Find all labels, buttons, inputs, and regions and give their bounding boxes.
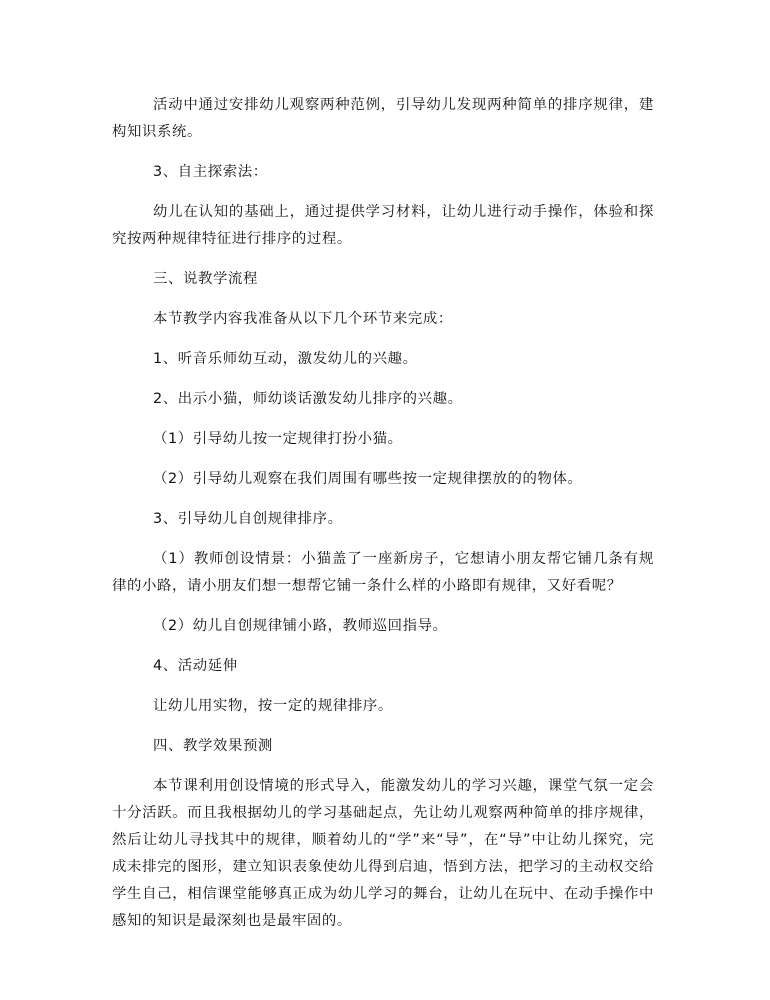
step-4: 4、活动延伸: [112, 653, 654, 680]
spacer: [112, 680, 654, 693]
step-3-sub-1: （1）教师创设情景：小猫盖了一座新房子，它想请小朋友帮它铺几条有规律的小路，请小…: [112, 546, 654, 600]
step-3: 3、引导幼儿自创规律排序。: [112, 506, 654, 533]
section-heading-effect-prediction: 四、教学效果预测: [112, 733, 654, 760]
spacer: [112, 146, 654, 159]
spacer: [112, 293, 654, 306]
section-heading-teaching-process: 三、说教学流程: [112, 266, 654, 293]
step-1: 1、听音乐师幼互动，激发幼儿的兴趣。: [112, 346, 654, 373]
paragraph-process-intro: 本节教学内容我准备从以下几个环节来完成：: [112, 306, 654, 333]
spacer: [112, 533, 654, 546]
step-3-sub-2: （2）幼儿自创规律铺小路，教师巡回指导。: [112, 613, 654, 640]
paragraph-effect-prediction: 本节课利用创设情境的形式导入，能激发幼儿的学习兴趣，课堂气氛一定会十分活跃。而且…: [112, 773, 654, 935]
paragraph-intro-methods: 活动中通过安排幼儿观察两种范例，引导幼儿发现两种简单的排序规律，建构知识系统。: [112, 92, 654, 146]
step-2-sub-2: （2）引导幼儿观察在我们周围有哪些按一定规律摆放的的物体。: [112, 466, 654, 493]
spacer: [112, 453, 654, 466]
spacer: [112, 600, 654, 613]
document-page: 活动中通过安排幼儿观察两种范例，引导幼儿发现两种简单的排序规律，建构知识系统。 …: [112, 92, 654, 935]
spacer: [112, 373, 654, 386]
spacer: [112, 720, 654, 733]
step-4-detail: 让幼儿用实物，按一定的规律排序。: [112, 693, 654, 720]
spacer: [112, 333, 654, 346]
spacer: [112, 760, 654, 773]
spacer: [112, 253, 654, 266]
step-2-sub-1: （1）引导幼儿按一定规律打扮小猫。: [112, 426, 654, 453]
spacer: [112, 493, 654, 506]
step-2: 2、出示小猫，师幼谈话激发幼儿排序的兴趣。: [112, 386, 654, 413]
heading-self-exploration: 3、自主探索法：: [112, 159, 654, 186]
spacer: [112, 186, 654, 199]
spacer: [112, 640, 654, 653]
paragraph-self-exploration: 幼儿在认知的基础上，通过提供学习材料，让幼儿进行动手操作，体验和探究按两种规律特…: [112, 199, 654, 253]
spacer: [112, 413, 654, 426]
